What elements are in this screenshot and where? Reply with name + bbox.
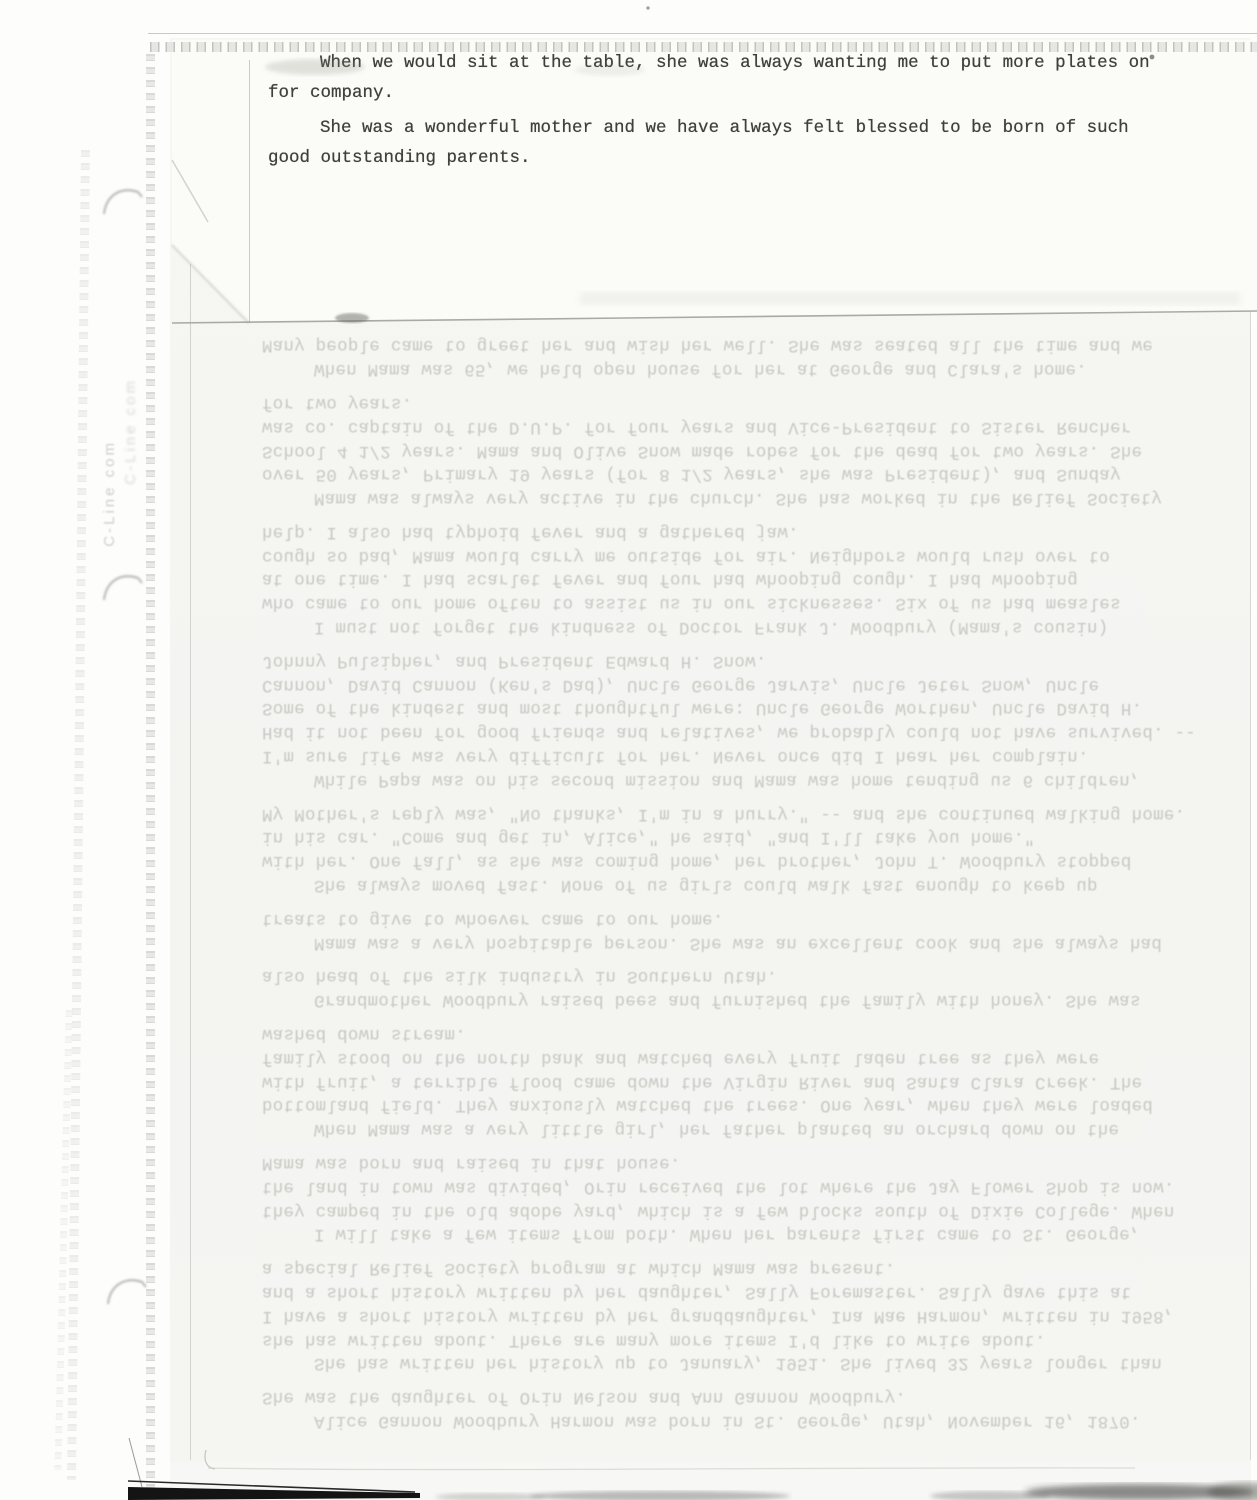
sheet-left-edge [190,56,191,1460]
note-strip-left-edge [249,60,250,322]
bleedthrough-paragraph: When Mama was 65, we held open house for… [262,333,1247,381]
protector-top-edge [148,33,1257,34]
typed-paragraph: She was a wonderful mother and we have a… [268,113,1188,173]
typed-text: When we would sit at the table, she was … [268,48,1188,178]
top-perforation-row [150,42,1257,52]
left-perforation-column [67,150,90,1480]
scanned-document-page: Alice Gannon Woodbury Harmon was born in… [0,0,1257,1500]
bleedthrough-paragraph: Grandmother Woodbury raised bees and fur… [262,964,1247,1012]
bleedthrough-paragraph: I must not forget the kindness of Doctor… [262,519,1247,638]
bleedthrough-paragraph: She has written her history up to Januar… [262,1255,1247,1374]
left-stitch-column [146,54,155,1500]
bleedthrough-paragraph: Mama was always very active in the churc… [262,390,1247,509]
binder-hole-arc [104,190,146,1304]
typed-paragraph: When we would sit at the table, she was … [268,48,1188,108]
bleedthrough-paragraph: Mama was a very hospitable person. She w… [262,906,1247,954]
bleedthrough-paragraph: I will take a few items from both. When … [262,1150,1247,1245]
speck [646,6,649,9]
bleedthrough-paragraph: Alice Gannon Woodbury Harmon was born in… [262,1384,1247,1432]
bleedthrough-paragraph: She always moved fast. None of us girls … [262,801,1247,896]
bleedthrough-paragraph: While Papa was on his second mission and… [262,648,1247,791]
bleedthrough-paragraph: When Mama was a very little girl, her fa… [262,1021,1247,1140]
cline-watermark-blurred: C-Line com [122,378,139,485]
cline-watermark: C-Line com [101,440,118,547]
bleedthrough-text-mirrored: Alice Gannon Woodbury Harmon was born in… [262,322,1247,1432]
scratch-mark [129,1438,142,1487]
scan-bottom-margin [170,1462,1251,1500]
